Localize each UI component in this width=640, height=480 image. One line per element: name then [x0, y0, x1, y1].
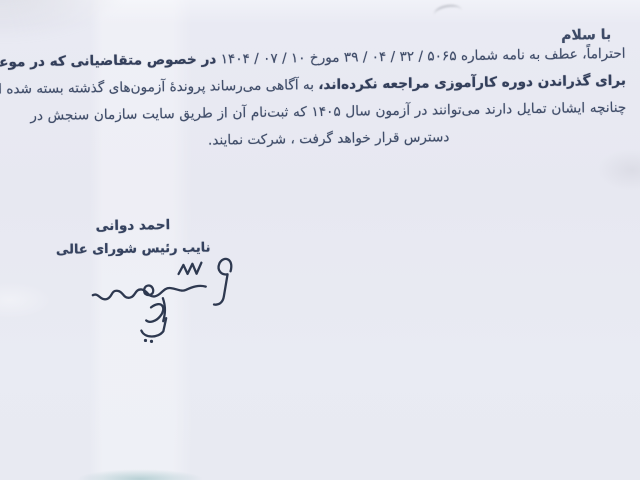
letter-body-paragraph: احتراماً، عطف به نامه شماره ۵۰۶۵ / ۳۲ / … [29, 41, 626, 157]
signatory-name: احمد دوانی [54, 217, 212, 235]
body-line-2-bold: برای گذراندن دوره کارآموزی مراجعه نکرده‌… [318, 73, 626, 93]
body-line-2-regular: به آگاهی می‌رساند پروندهٔ آزمون‌های گذشت… [0, 77, 318, 98]
body-line-1-regular: احتراماً، عطف به نامه شماره ۵۰۶۵ / ۳۲ / … [216, 46, 625, 68]
body-line-1-bold: در خصوص متقاضیانی که در موعد مقرر [0, 51, 216, 71]
scanned-letter-page: با سلام احتراماً، عطف به نامه شماره ۵۰۶۵… [0, 0, 640, 480]
letter-content: با سلام احتراماً، عطف به نامه شماره ۵۰۶۵… [0, 0, 640, 480]
handwritten-signature-icon [82, 251, 243, 345]
